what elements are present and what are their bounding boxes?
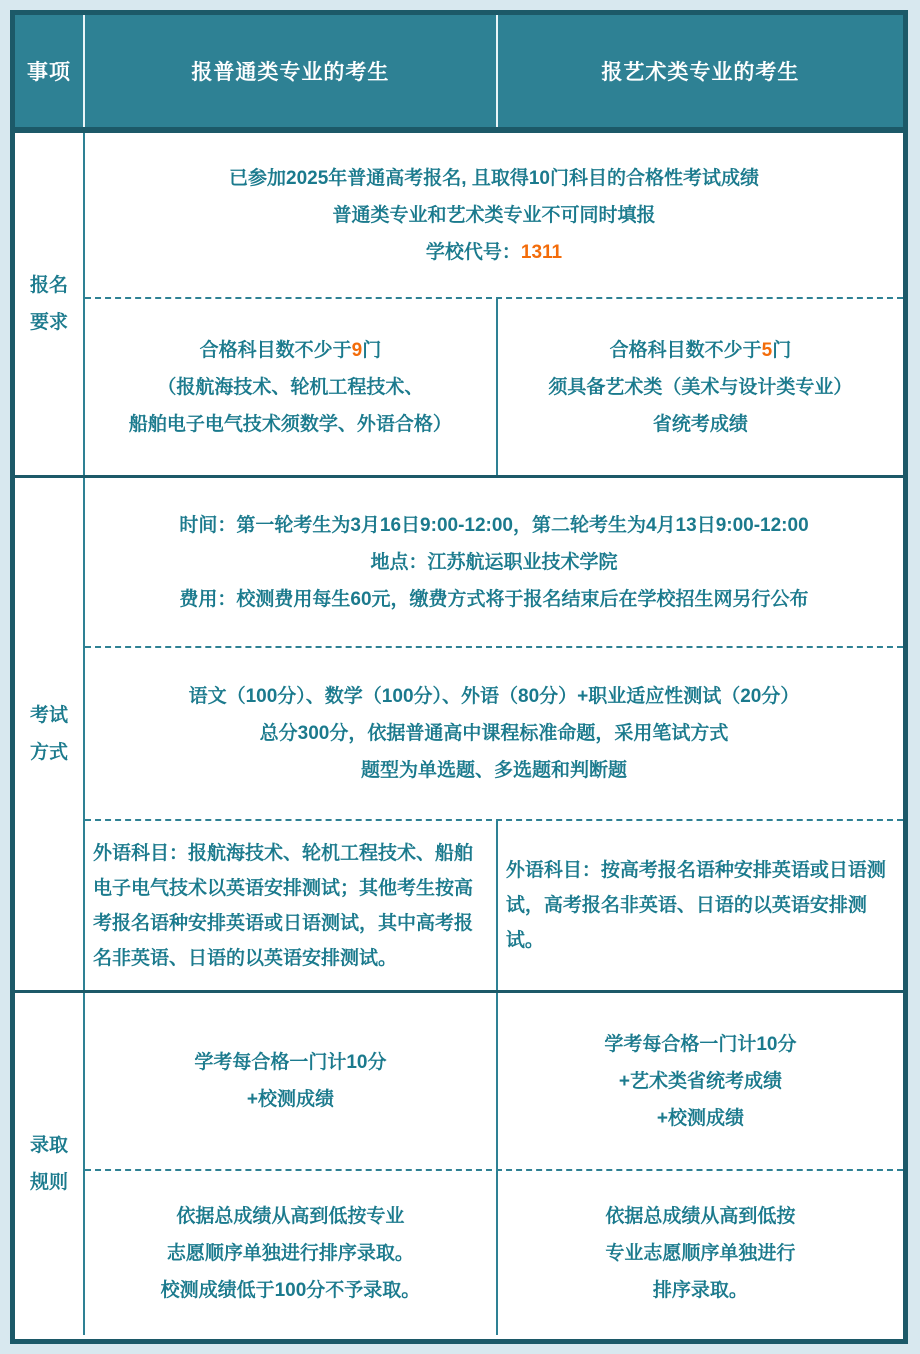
art-subject-count-post: 门 bbox=[772, 340, 791, 361]
exam-subjects-row: 语文（100分）、数学（100分）、外语（80分）+职业适应性测试（20分） 总… bbox=[85, 646, 903, 819]
row-label-registration-text: 报名 要求 bbox=[30, 267, 68, 341]
admissions-requirements-table: 事项 报普通类专业的考生 报艺术类专业的考生 报名 要求 已参加2025年普通高… bbox=[10, 10, 908, 1344]
section-exam-method: 考试 方式 时间：第一轮考生为3月16日9:00-12:00，第二轮考生为4月1… bbox=[15, 475, 903, 990]
registration-common-rule-text: 已参加2025年普通高考报名, 且取得10门科目的合格性考试成绩 普通类专业和艺… bbox=[229, 160, 759, 234]
art-subject-note: 须具备艺术类（美术与设计类专业） 省统考成绩 bbox=[548, 369, 852, 443]
admission-ranking-art-cell: 依据总成绩从高到低按 专业志愿顺序单独进行 排序录取。 bbox=[496, 1171, 903, 1335]
table-header-row: 事项 报普通类专业的考生 报艺术类专业的考生 bbox=[15, 15, 903, 130]
regular-subject-count-pre: 合格科目数不少于 bbox=[200, 340, 352, 361]
registration-content: 已参加2025年普通高考报名, 且取得10门科目的合格性考试成绩 普通类专业和艺… bbox=[85, 133, 903, 475]
section-admission-rules: 录取 规则 学考每合格一门计10分 +校测成绩 学考每合格一门计10分 +艺术类… bbox=[15, 990, 903, 1335]
exam-language-art-text: 外语科目：按高考报名语种安排英语或日语测试，高考报名非英语、日语的以英语安排测试… bbox=[498, 847, 903, 964]
registration-art-cell: 合格科目数不少于5门 须具备艺术类（美术与设计类专业） 省统考成绩 bbox=[496, 299, 903, 475]
row-label-exam-text: 考试 方式 bbox=[30, 697, 68, 771]
school-code-line: 学校代号：1311 bbox=[426, 234, 562, 271]
row-label-registration: 报名 要求 bbox=[15, 133, 85, 475]
exam-language-regular-text: 外语科目：报航海技术、轮机工程技术、船舶电子电气技术以英语安排测试；其他考生按高… bbox=[85, 830, 496, 982]
admission-ranking-art-text: 依据总成绩从高到低按 专业志愿顺序单独进行 排序录取。 bbox=[605, 1198, 795, 1309]
regular-subject-count-post: 门 bbox=[362, 340, 381, 361]
admission-score-regular-text: 学考每合格一门计10分 +校测成绩 bbox=[194, 1044, 386, 1118]
exam-schedule-text: 时间：第一轮考生为3月16日9:00-12:00，第二轮考生为4月13日9:00… bbox=[179, 507, 808, 618]
registration-common-rule-row: 已参加2025年普通高考报名, 且取得10门科目的合格性考试成绩 普通类专业和艺… bbox=[85, 133, 903, 297]
admission-ranking-regular-cell: 依据总成绩从高到低按专业 志愿顺序单独进行排序录取。 校测成绩低于100分不予录… bbox=[85, 1171, 496, 1335]
art-subject-count-line: 合格科目数不少于5门 bbox=[610, 332, 792, 369]
school-code-label: 学校代号： bbox=[426, 242, 521, 263]
row-label-admission-text: 录取 规则 bbox=[30, 1127, 68, 1201]
section-registration-requirements: 报名 要求 已参加2025年普通高考报名, 且取得10门科目的合格性考试成绩 普… bbox=[15, 130, 903, 475]
admission-ranking-regular-text: 依据总成绩从高到低按专业 志愿顺序单独进行排序录取。 校测成绩低于100分不予录… bbox=[161, 1198, 421, 1309]
row-label-admission: 录取 规则 bbox=[15, 993, 85, 1335]
admission-content: 学考每合格一门计10分 +校测成绩 学考每合格一门计10分 +艺术类省统考成绩 … bbox=[85, 993, 903, 1335]
admission-score-regular-cell: 学考每合格一门计10分 +校测成绩 bbox=[85, 993, 496, 1169]
header-cell-regular-majors: 报普通类专业的考生 bbox=[83, 15, 496, 127]
header-cell-art-majors: 报艺术类专业的考生 bbox=[496, 15, 903, 127]
registration-regular-cell: 合格科目数不少于9门 （报航海技术、轮机工程技术、 船舶电子电气技术须数学、外语… bbox=[85, 299, 496, 475]
exam-language-row: 外语科目：报航海技术、轮机工程技术、船舶电子电气技术以英语安排测试；其他考生按高… bbox=[85, 819, 903, 990]
art-subject-count-pre: 合格科目数不少于 bbox=[610, 340, 762, 361]
admission-ranking-row: 依据总成绩从高到低按专业 志愿顺序单独进行排序录取。 校测成绩低于100分不予录… bbox=[85, 1169, 903, 1335]
header-cell-item: 事项 bbox=[15, 15, 83, 127]
registration-split-row: 合格科目数不少于9门 （报航海技术、轮机工程技术、 船舶电子电气技术须数学、外语… bbox=[85, 297, 903, 475]
exam-language-regular-cell: 外语科目：报航海技术、轮机工程技术、船舶电子电气技术以英语安排测试；其他考生按高… bbox=[85, 821, 496, 990]
regular-subject-count-number: 9 bbox=[352, 340, 363, 361]
school-code-value: 1311 bbox=[521, 242, 562, 263]
admission-score-art-text: 学考每合格一门计10分 +艺术类省统考成绩 +校测成绩 bbox=[604, 1026, 796, 1137]
regular-subject-count-line: 合格科目数不少于9门 bbox=[200, 332, 382, 369]
exam-language-art-cell: 外语科目：按高考报名语种安排英语或日语测试，高考报名非英语、日语的以英语安排测试… bbox=[496, 821, 903, 990]
row-label-exam: 考试 方式 bbox=[15, 478, 85, 990]
exam-schedule-row: 时间：第一轮考生为3月16日9:00-12:00，第二轮考生为4月13日9:00… bbox=[85, 478, 903, 646]
regular-subject-note: （报航海技术、轮机工程技术、 船舶电子电气技术须数学、外语合格） bbox=[129, 369, 452, 443]
exam-content: 时间：第一轮考生为3月16日9:00-12:00，第二轮考生为4月13日9:00… bbox=[85, 478, 903, 990]
admission-score-row: 学考每合格一门计10分 +校测成绩 学考每合格一门计10分 +艺术类省统考成绩 … bbox=[85, 993, 903, 1169]
exam-subjects-text: 语文（100分）、数学（100分）、外语（80分）+职业适应性测试（20分） 总… bbox=[189, 678, 800, 789]
art-subject-count-number: 5 bbox=[762, 340, 773, 361]
admission-score-art-cell: 学考每合格一门计10分 +艺术类省统考成绩 +校测成绩 bbox=[496, 993, 903, 1169]
